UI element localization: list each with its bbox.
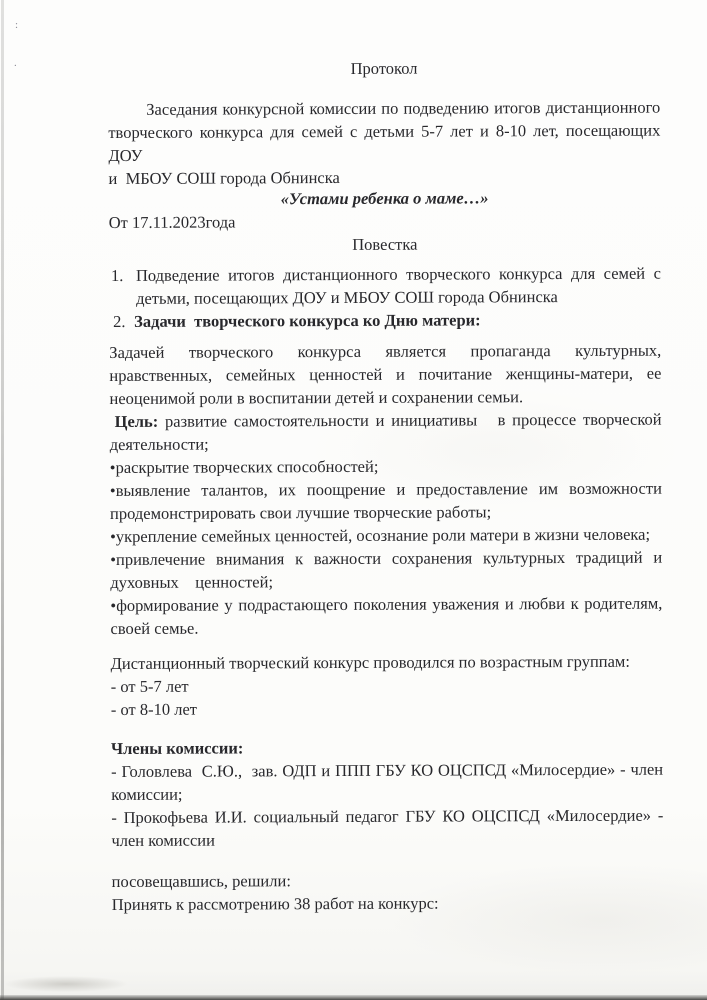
decision-line-1: посовещавшись, решили: [112,868,664,893]
commission-member-2: - Прокофьева И.И. социальный педагог ГБУ… [111,804,663,852]
bullet-1: •раскрытие творческих способностей; [110,454,662,479]
goal-label: Цель: [115,412,159,431]
agenda-item-1-line-2: детьми, посещающих ДОУ и МБОУ СОШ города… [136,285,661,310]
commission-heading: Члены комиссии: [111,735,663,760]
scan-artifact-dot: . [14,58,17,68]
scanned-document-page: : . Протокол Заседания конкурсной комисс… [0,0,707,1000]
tasks-line-2: нравственных, семейных ценностей и почит… [109,362,661,387]
bullet-5-line-1: •формирование у подрастающего поколения … [110,592,662,617]
commission-member-1: - Головлева С.Ю., зав. ОДП и ППП ГБУ КО … [111,758,663,806]
bullet-5: •формирование у подрастающего поколения … [110,592,662,640]
intro-line-1: Заседания конкурсной комиссии по подведе… [108,96,660,121]
goal-paragraph: Цель: развитие самостоятельности и иници… [110,408,662,456]
scan-artifact-colon: : [15,20,18,30]
intro-line-2: творческого конкурса для семей с детьми … [108,119,660,167]
agenda-item-2: 2. Задачи творческого конкурса ко Дню ма… [109,308,661,333]
bullet-5-line-2: своей семье. [110,615,662,640]
intro-paragraph: Заседания конкурсной комиссии по подведе… [108,96,660,190]
member-1-line-2: комиссии; [111,781,663,806]
scan-bottom-left-smudge [0,975,165,993]
decision-block: посовещавшись, решили: Принять к рассмот… [112,868,664,916]
bullet-4-line-2: духовных ценностей; [110,569,662,594]
goal-text: развитие самостоятельности и инициативы … [158,410,661,431]
bullet-2-line-1: •выявление талантов, их поощрение и пред… [110,477,662,502]
tasks-line-1: Задачей творческого конкурса является пр… [109,339,661,364]
agenda-item-2-number: 2. [113,310,125,333]
agenda-item-1-number: 1. [111,264,123,287]
document-title: Протокол [108,56,660,81]
scan-left-edge [1,0,4,1000]
age-group-1: - от 5-7 лет [111,673,663,698]
bullet-4-line-1: •привлечение внимания к важности сохране… [110,546,662,571]
scan-bottom-edge [0,995,707,1000]
agenda-item-1: 1. Подведение итогов дистанционного твор… [109,262,661,310]
goal-line-1: Цель: развитие самостоятельности и иници… [110,408,662,433]
age-groups-block: Дистанционный творческий конкурс проводи… [111,650,663,721]
date-line: От 17.11.2023года [109,209,661,234]
goal-line-2: деятельности; [110,431,662,456]
bullet-2: •выявление талантов, их поощрение и пред… [110,477,662,525]
agenda-item-1-line-1: Подведение итогов дистанционного творчес… [136,262,661,287]
commission-block: Члены комиссии: - Головлева С.Ю., зав. О… [111,735,663,852]
bullet-2-line-2: продемонстрировать свои лучшие творчески… [110,500,662,525]
member-2-line-1: - Прокофьева И.И. социальный педагог ГБУ… [111,804,663,829]
document-content: Протокол Заседания конкурсной комиссии п… [108,56,664,916]
decision-line-2: Принять к рассмотрению 38 работ на конку… [112,891,664,916]
agenda-heading: Повестка [109,232,661,257]
agenda-item-2-text: Задачи творческого конкурса ко Дню матер… [134,308,661,333]
tasks-line-3: неоценимой роли в воспитании детей и сох… [109,385,661,410]
bullet-3: •укрепление семейных ценностей, осознани… [110,523,662,548]
tasks-paragraph: Задачей творческого конкурса является пр… [109,339,661,410]
age-groups-intro: Дистанционный творческий конкурс проводи… [111,650,663,675]
age-group-2: - от 8-10 лет [111,696,663,721]
member-2-line-2: член комиссии [111,827,663,852]
member-1-line-1: - Головлева С.Ю., зав. ОДП и ППП ГБУ КО … [111,758,663,783]
bullet-4: •привлечение внимания к важности сохране… [110,546,662,594]
